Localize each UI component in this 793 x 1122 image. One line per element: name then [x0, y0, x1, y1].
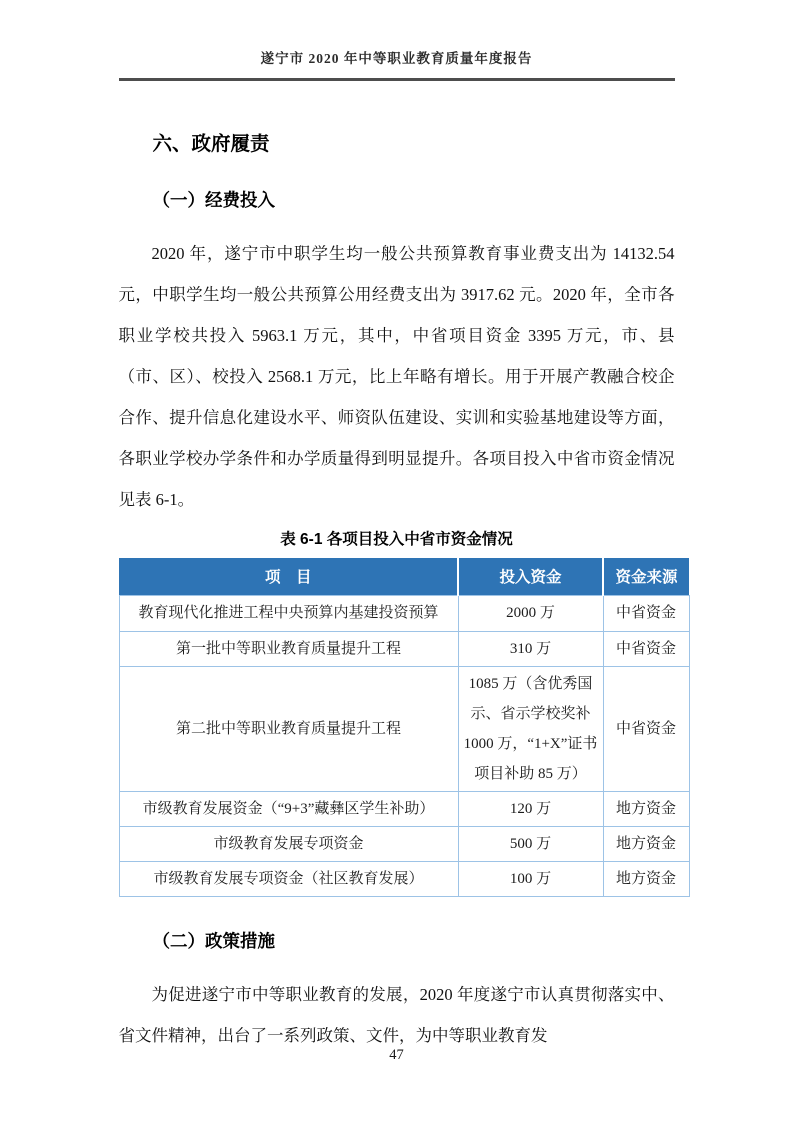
subsection-heading-funding: （一）经费投入	[153, 187, 675, 212]
cell-project: 市级教育发展资金（“9+3”藏彝区学生补助）	[119, 791, 458, 826]
cell-amount: 500 万	[458, 826, 603, 861]
table-row: 教育现代化推进工程中央预算内基建投资预算 2000 万 中省资金	[119, 595, 689, 631]
cell-project: 第二批中等职业教育质量提升工程	[119, 666, 458, 791]
cell-amount: 1085 万（含优秀国示、省示学校奖补 1000 万，“1+X”证书项目补助 8…	[458, 666, 603, 791]
cell-source: 地方资金	[603, 791, 689, 826]
table-row: 第一批中等职业教育质量提升工程 310 万 中省资金	[119, 631, 689, 666]
table-row: 市级教育发展资金（“9+3”藏彝区学生补助） 120 万 地方资金	[119, 791, 689, 826]
table-header-row: 项 目 投入资金 资金来源	[119, 558, 689, 595]
paragraph-funding: 2020 年，遂宁市中职学生均一般公共预算教育事业费支出为 14132.54 元…	[119, 233, 675, 520]
page-content: 六、政府履责 （一）经费投入 2020 年，遂宁市中职学生均一般公共预算教育事业…	[119, 128, 675, 1056]
header-divider	[119, 78, 675, 81]
table-row: 市级教育发展专项资金 500 万 地方资金	[119, 826, 689, 861]
running-header-title: 遂宁市 2020 年中等职业教育质量年度报告	[0, 47, 793, 67]
cell-project: 市级教育发展专项资金	[119, 826, 458, 861]
table-row: 市级教育发展专项资金（社区教育发展） 100 万 地方资金	[119, 861, 689, 896]
cell-project: 教育现代化推进工程中央预算内基建投资预算	[119, 595, 458, 631]
table-caption: 表 6-1 各项目投入中省市资金情况	[119, 527, 675, 549]
cell-source: 地方资金	[603, 861, 689, 896]
funding-table-body: 教育现代化推进工程中央预算内基建投资预算 2000 万 中省资金 第一批中等职业…	[119, 595, 689, 896]
cell-project: 第一批中等职业教育质量提升工程	[119, 631, 458, 666]
funding-table-head: 项 目 投入资金 资金来源	[119, 558, 689, 595]
cell-amount: 100 万	[458, 861, 603, 896]
cell-source: 地方资金	[603, 826, 689, 861]
cell-amount: 120 万	[458, 791, 603, 826]
cell-source: 中省资金	[603, 666, 689, 791]
subsection-heading-policy: （二）政策措施	[153, 928, 675, 953]
page-number: 47	[0, 1047, 793, 1064]
cell-amount: 310 万	[458, 631, 603, 666]
paragraph-policy: 为促进遂宁市中等职业教育的发展，2020 年度遂宁市认真贯彻落实中、省文件精神，…	[119, 974, 675, 1056]
cell-project: 市级教育发展专项资金（社区教育发展）	[119, 861, 458, 896]
cell-amount: 2000 万	[458, 595, 603, 631]
cell-source: 中省资金	[603, 631, 689, 666]
header-cell-project: 项 目	[119, 558, 458, 595]
section-heading: 六、政府履责	[153, 128, 675, 156]
header-cell-source: 资金来源	[603, 558, 689, 595]
document-page: 遂宁市 2020 年中等职业教育质量年度报告 六、政府履责 （一）经费投入 20…	[0, 0, 793, 1122]
header-cell-amount: 投入资金	[458, 558, 603, 595]
table-row: 第二批中等职业教育质量提升工程 1085 万（含优秀国示、省示学校奖补 1000…	[119, 666, 689, 791]
funding-table: 项 目 投入资金 资金来源 教育现代化推进工程中央预算内基建投资预算 2000 …	[119, 558, 690, 897]
cell-source: 中省资金	[603, 595, 689, 631]
running-header: 遂宁市 2020 年中等职业教育质量年度报告	[0, 0, 793, 81]
